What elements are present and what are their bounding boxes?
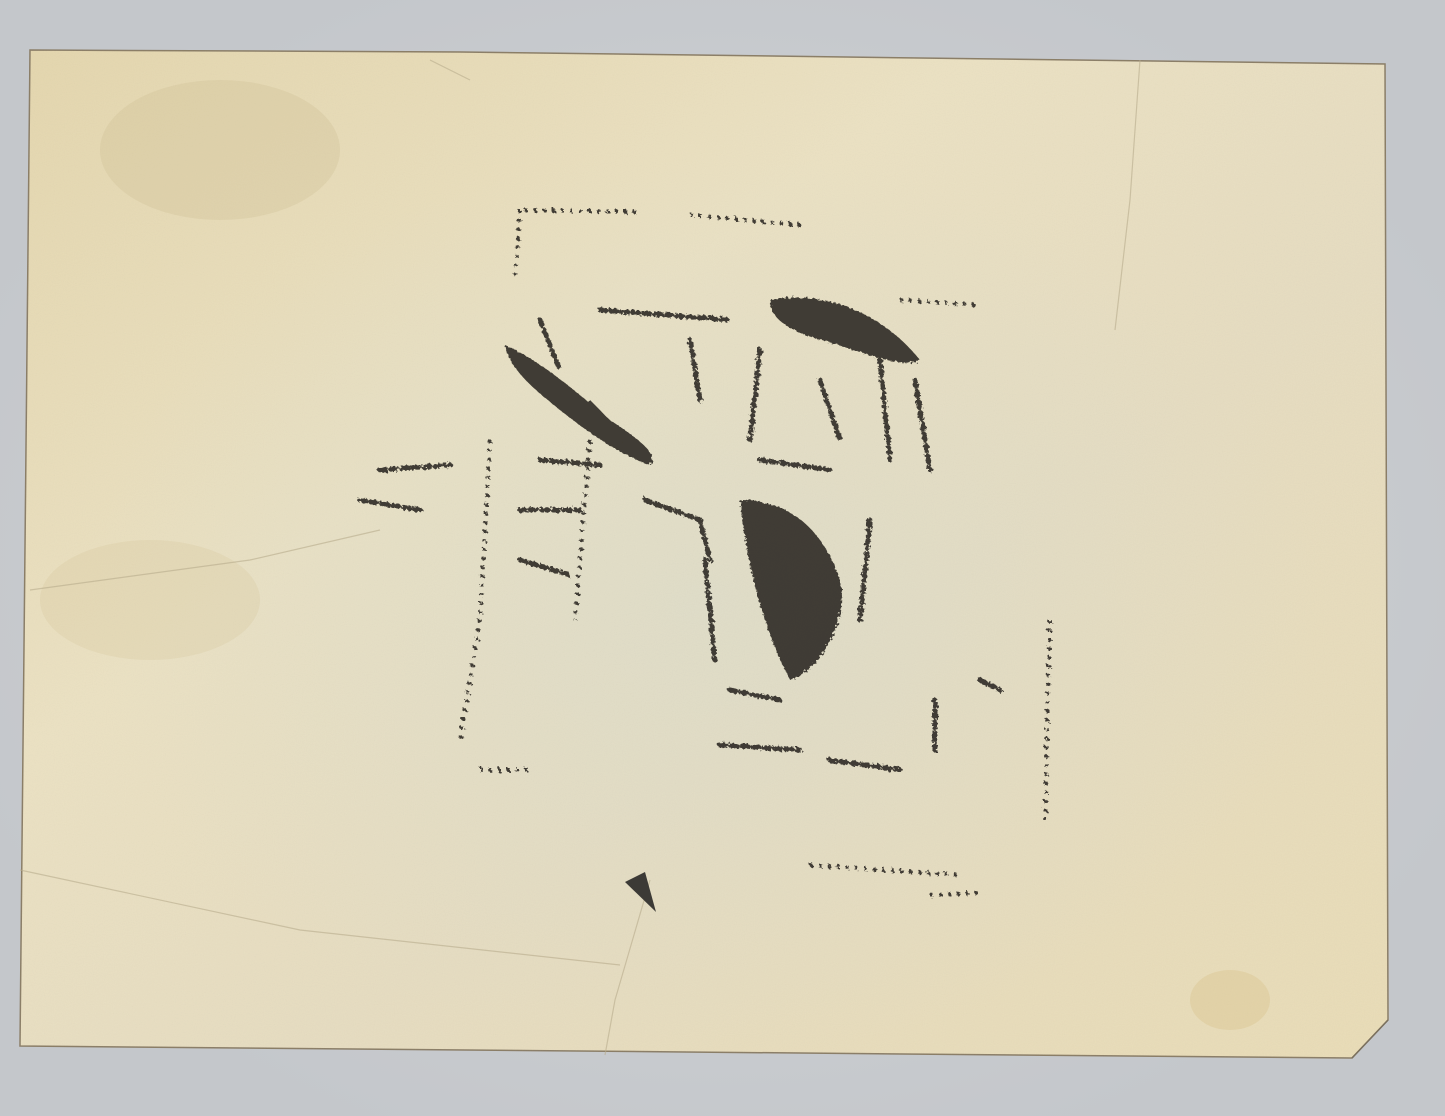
aged-paper [0,0,1445,1116]
